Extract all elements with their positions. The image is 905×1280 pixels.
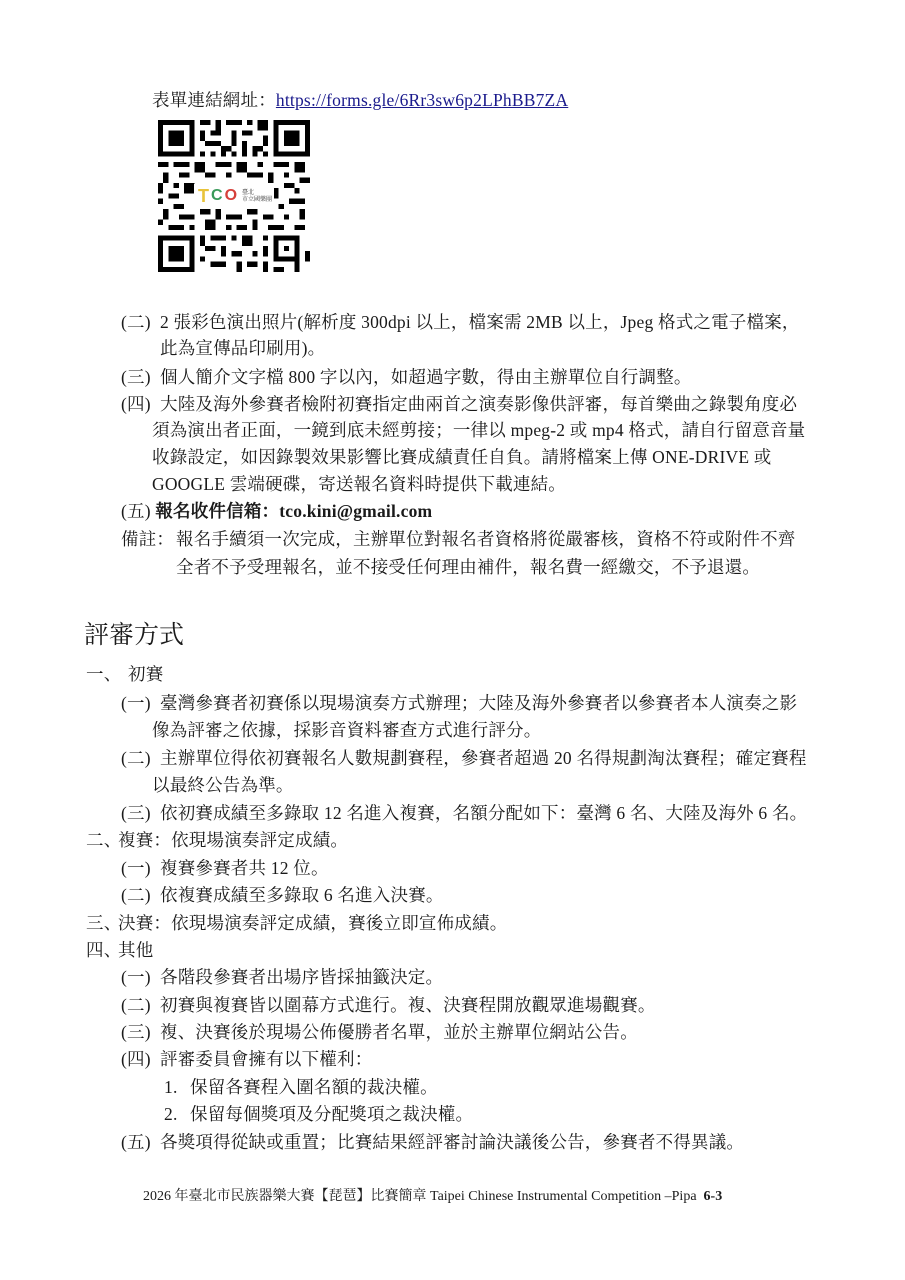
form-link-row: 表單連結網址：https://forms.gle/6Rr3sw6p2LPhBB7… [152, 89, 568, 111]
judging-2-2-marker: (二) [121, 884, 151, 906]
req-5-label: 報名收件信箱： [155, 501, 279, 521]
logo-letter-c: C [211, 187, 223, 205]
contact-email[interactable]: tco.kini@gmail.com [279, 501, 432, 521]
judging-1-1-marker: (一) [121, 692, 151, 714]
section-title: 評審方式 [84, 620, 184, 650]
req-4-line-3: 收錄設定，如因錄製效果影響比賽成績責任自負。請將檔案上傳 ONE-DRIVE 或 [152, 446, 772, 468]
req-5-row: (五) 報名收件信箱：tco.kini@gmail.com [121, 500, 432, 522]
req-5-marker: (五) [121, 501, 151, 521]
judging-4-3-line-1: 複、決賽後於現場公佈優勝者名單，並於主辦單位網站公告。 [160, 1021, 638, 1043]
judging-4-1-line-1: 各階段參賽者出場序皆採抽籤決定。 [160, 966, 443, 988]
judging-1-title: 初賽 [128, 663, 163, 685]
judging-4-2-marker: (二) [121, 994, 151, 1016]
judging-2-marker: 二、 [86, 829, 121, 851]
judging-4-3-marker: (三) [121, 1021, 151, 1043]
req-4-line-2: 須為演出者正面，一鏡到底未經剪接；一律以 mpeg-2 或 mp4 格式，請自行… [152, 419, 805, 441]
judging-1-2-line-2: 以最終公告為準。 [152, 774, 294, 796]
note-label: 備註： [121, 528, 174, 550]
req-3-line-1: 個人簡介文字檔 800 字以內，如超過字數，得由主辦單位自行調整。 [160, 366, 692, 388]
judging-4-5-line-1: 各獎項得從缺或重置；比賽結果經評審討論決議後公告，參賽者不得異議。 [160, 1131, 744, 1153]
note-line-2: 全者不予受理報名，並不接受任何理由補件，報名費一經繳交，不予退還。 [176, 556, 760, 578]
judging-4-4-sub-1-text: 保留各賽程入圍名額的裁決權。 [190, 1076, 438, 1098]
judging-1-2-line-1: 主辦單位得依初賽報名人數規劃賽程，參賽者超過 20 名得規劃淘汰賽程；確定賽程 [160, 747, 807, 769]
judging-1-3-marker: (三) [121, 802, 151, 824]
footer-text: 2026 年臺北市民族器樂大賽【琵琶】比賽簡章 Taipei Chinese I… [143, 1189, 697, 1204]
logo-letter-o: O [225, 187, 237, 205]
judging-4-4-marker: (四) [121, 1048, 151, 1070]
logo-text: 臺北 市立國樂團 [242, 189, 272, 203]
judging-2-2-line-1: 依複賽成績至多錄取 6 名進入決賽。 [160, 884, 444, 906]
form-link-url[interactable]: https://forms.gle/6Rr3sw6p2LPhBB7ZA [276, 90, 568, 110]
judging-3-marker: 三、 [86, 912, 121, 934]
req-4-line-1: 大陸及海外參賽者檢附初賽指定曲兩首之演奏影像供評審，每首樂曲之錄製角度必 [160, 393, 797, 415]
judging-4-title: 其他 [118, 939, 153, 961]
req-2-line-2: 此為宣傳品印刷用)。 [160, 337, 325, 359]
page-footer: 2026 年臺北市民族器樂大賽【琵琶】比賽簡章 Taipei Chinese I… [143, 1188, 722, 1206]
judging-4-4-sub-2-marker: 2. [164, 1103, 178, 1125]
judging-4-1-marker: (一) [121, 966, 151, 988]
req-2-line-1: 2 張彩色演出照片(解析度 300dpi 以上，檔案需 2MB 以上，Jpeg … [160, 311, 800, 333]
logo-letter-t: T [198, 187, 209, 205]
judging-2-title: 複賽：依現場演奏評定成績。 [118, 829, 348, 851]
judging-4-5-marker: (五) [121, 1131, 151, 1153]
judging-4-4-sub-1-marker: 1. [164, 1076, 178, 1098]
judging-3-title: 決賽：依現場演奏評定成績，賽後立即宣佈成績。 [118, 912, 507, 934]
form-link-label: 表單連結網址： [152, 90, 276, 110]
req-2-marker: (二) [121, 311, 151, 333]
judging-4-2-line-1: 初賽與複賽皆以圍幕方式進行。複、決賽程開放觀眾進場觀賽。 [160, 994, 656, 1016]
page-number: 6-3 [704, 1189, 723, 1204]
judging-4-4-sub-2-text: 保留每個獎項及分配獎項之裁決權。 [190, 1103, 473, 1125]
judging-2-1-marker: (一) [121, 857, 151, 879]
judging-4-4-line-1: 評審委員會擁有以下權利： [160, 1048, 372, 1070]
req-3-marker: (三) [121, 366, 151, 388]
tco-logo: T C O 臺北 市立國樂團 [194, 184, 274, 208]
judging-1-2-marker: (二) [121, 747, 151, 769]
req-4-marker: (四) [121, 393, 151, 415]
judging-1-1-line-1: 臺灣參賽者初賽係以現場演奏方式辦理；大陸及海外參賽者以參賽者本人演奏之影 [160, 692, 797, 714]
note-line-1: 報名手續須一次完成，主辦單位對報名者資格將從嚴審核，資格不符或附件不齊 [176, 528, 796, 550]
judging-1-marker: 一、 [86, 663, 121, 685]
qr-code: T C O 臺北 市立國樂團 [158, 120, 310, 272]
req-4-line-4: GOOGLE 雲端硬碟，寄送報名資料時提供下載連結。 [152, 473, 566, 495]
judging-2-1-line-1: 複賽參賽者共 12 位。 [160, 857, 329, 879]
judging-1-1-line-2: 像為評審之依據，採影音資料審查方式進行評分。 [152, 719, 541, 741]
judging-4-marker: 四、 [86, 939, 121, 961]
judging-1-3-line-1: 依初賽成績至多錄取 12 名進入複賽，名額分配如下：臺灣 6 名、大陸及海外 6… [160, 802, 807, 824]
